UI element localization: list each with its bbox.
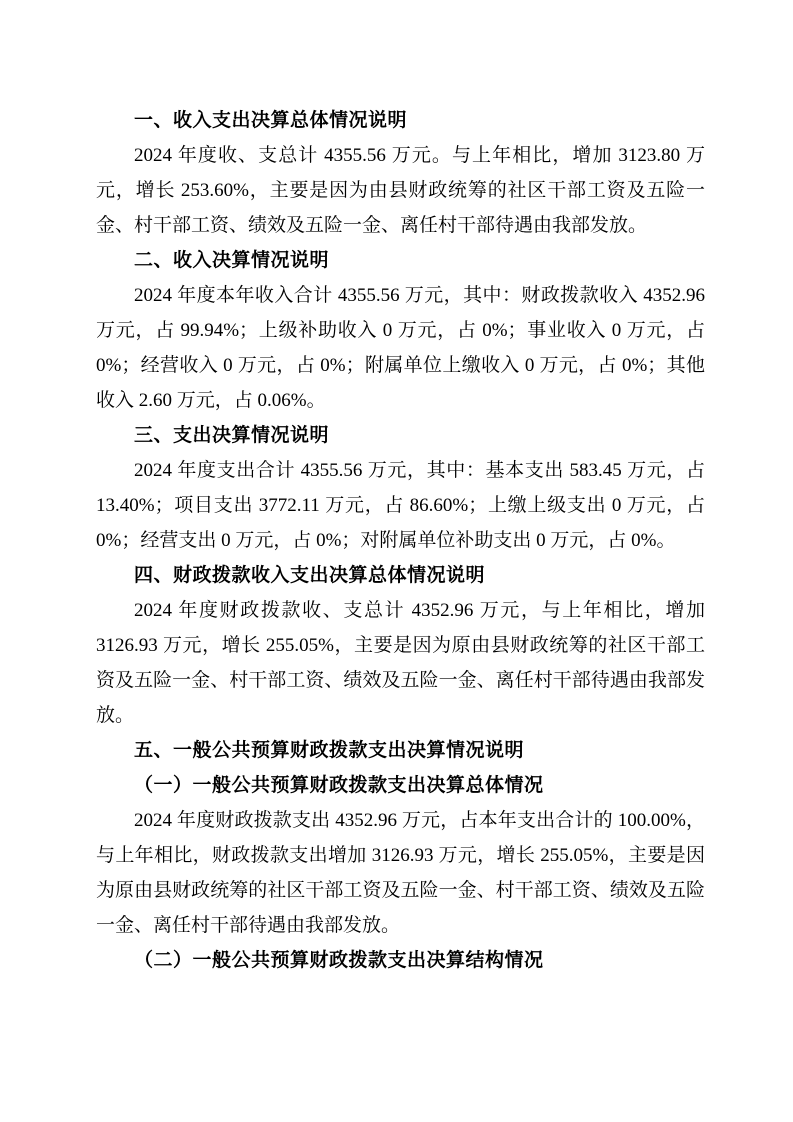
para-income-final-accounts: 2024 年度本年收入合计 4355.56 万元，其中：财政拨款收入 4352.… [96,278,705,418]
heading-expenditure-final-accounts: 三、支出决算情况说明 [96,418,705,453]
document-page: 一、收入支出决算总体情况说明 2024 年度收、支总计 4355.56 万元。与… [0,0,793,1122]
para-fiscal-appropriation-overview: 2024 年度财政拨款收、支总计 4352.96 万元，与上年相比，增加 312… [96,593,705,733]
heading-income-final-accounts: 二、收入决算情况说明 [96,243,705,278]
heading-general-public-budget-expenditure: 五、一般公共预算财政拨款支出决算情况说明 [96,733,705,768]
heading-general-public-budget-expenditure-overall: （一）一般公共预算财政拨款支出决算总体情况 [96,768,705,803]
para-income-expenditure-overview: 2024 年度收、支总计 4355.56 万元。与上年相比，增加 3123.80… [96,138,705,243]
heading-fiscal-appropriation-overview: 四、财政拨款收入支出决算总体情况说明 [96,558,705,593]
heading-income-expenditure-overview: 一、收入支出决算总体情况说明 [96,103,705,138]
para-expenditure-final-accounts: 2024 年度支出合计 4355.56 万元，其中：基本支出 583.45 万元… [96,453,705,558]
heading-general-public-budget-expenditure-structure: （二）一般公共预算财政拨款支出决算结构情况 [96,943,705,978]
para-general-public-budget-expenditure-overall: 2024 年度财政拨款支出 4352.96 万元，占本年支出合计的 100.00… [96,803,705,943]
